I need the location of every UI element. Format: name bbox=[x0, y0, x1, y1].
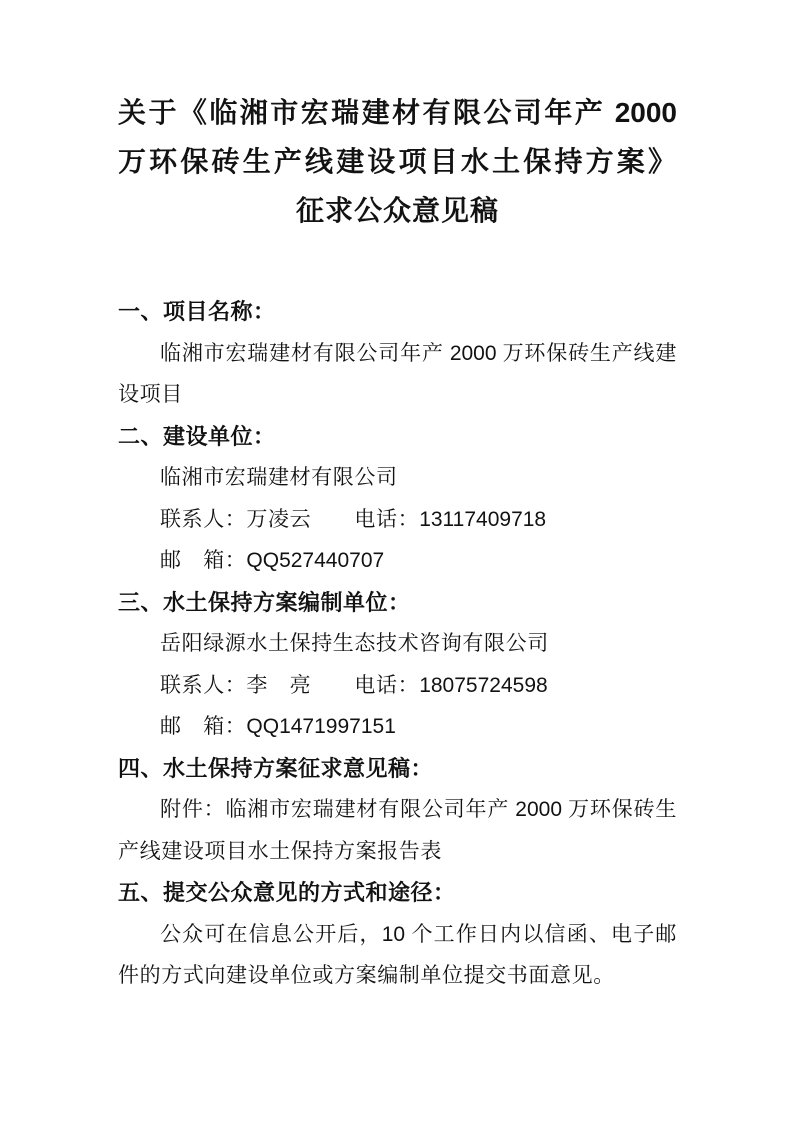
document-title: 关于《临湘市宏瑞建材有限公司年产 2000 万环保砖生产线建设项目水土保持方案》… bbox=[118, 88, 677, 236]
contact-email-line: 邮 箱：QQ527440707 bbox=[118, 540, 677, 582]
section-draft-attachment: 四、水土保持方案征求意见稿： 附件：临湘市宏瑞建材有限公司年产 2000 万环保… bbox=[118, 748, 677, 873]
document-page: 关于《临湘市宏瑞建材有限公司年产 2000 万环保砖生产线建设项目水土保持方案》… bbox=[0, 0, 793, 1122]
section-heading: 三、水土保持方案编制单位： bbox=[118, 582, 677, 624]
section-plan-compiler: 三、水土保持方案编制单位： 岳阳绿源水土保持生态技术咨询有限公司 联系人：李 亮… bbox=[118, 582, 677, 748]
section-construction-unit: 二、建设单位： 临湘市宏瑞建材有限公司 联系人：万凌云 电话：131174097… bbox=[118, 416, 677, 582]
text-line: 设项目 bbox=[118, 374, 677, 416]
text-line: 临湘市宏瑞建材有限公司年产 2000 万环保砖生产线建 bbox=[118, 333, 677, 375]
contact-email-line: 邮 箱：QQ1471997151 bbox=[118, 706, 677, 748]
title-line-2: 万环保砖生产线建设项目水土保持方案》 bbox=[118, 138, 677, 187]
section-heading: 二、建设单位： bbox=[118, 416, 677, 458]
section-heading: 一、项目名称： bbox=[118, 291, 677, 333]
text-line: 公众可在信息公开后，10 个工作日内以信函、电子邮 bbox=[118, 914, 677, 956]
title-line-3: 征求公众意见稿 bbox=[118, 187, 677, 236]
text-line: 件的方式向建设单位或方案编制单位提交书面意见。 bbox=[118, 955, 677, 997]
text-line: 产线建设项目水土保持方案报告表 bbox=[118, 831, 677, 873]
attachment-line: 附件：临湘市宏瑞建材有限公司年产 2000 万环保砖生 bbox=[118, 789, 677, 831]
section-feedback-methods: 五、提交公众意见的方式和途径： 公众可在信息公开后，10 个工作日内以信函、电子… bbox=[118, 872, 677, 997]
contact-person-phone-line: 联系人：李 亮 电话：18075724598 bbox=[118, 665, 677, 707]
title-line-1: 关于《临湘市宏瑞建材有限公司年产 2000 bbox=[118, 88, 677, 138]
contact-person-phone-line: 联系人：万凌云 电话：13117409718 bbox=[118, 499, 677, 541]
section-project-name: 一、项目名称： 临湘市宏瑞建材有限公司年产 2000 万环保砖生产线建 设项目 bbox=[118, 291, 677, 416]
text-line: 岳阳绿源水土保持生态技术咨询有限公司 bbox=[118, 623, 677, 665]
section-heading: 五、提交公众意见的方式和途径： bbox=[118, 872, 677, 914]
section-heading: 四、水土保持方案征求意见稿： bbox=[118, 748, 677, 790]
text-line: 临湘市宏瑞建材有限公司 bbox=[118, 457, 677, 499]
